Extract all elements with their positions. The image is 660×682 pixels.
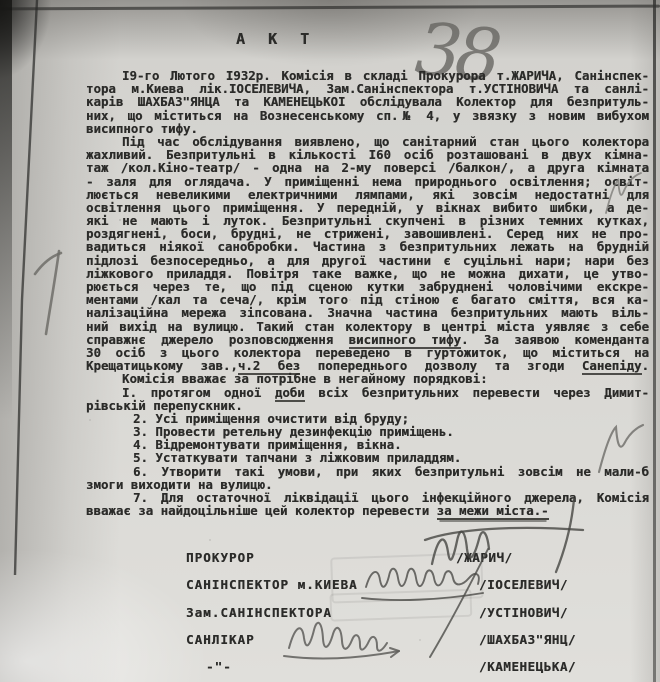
signature-row: -"-/КАМЕНЕЦЬКА/ (86, 653, 649, 680)
text-line: - заля для оглядача. У приміщенні нема п… (86, 175, 649, 188)
signature-name: /ШАХБАЗ"ЯНЦ/ (479, 626, 576, 653)
signature-row: САНІНСПЕКТОР м.КИЕВА/ІОСЕЛЕВИЧ/ (86, 571, 649, 598)
text-line: ний вихід на вулицю. Такий стан колектор… (86, 320, 649, 333)
text-line: вважає за найдоцільніше цей колектор пер… (86, 504, 649, 517)
text-line: люється невеликими електричними лямпами,… (86, 188, 649, 201)
binding-crease-line (15, 0, 37, 575)
text-line: Комісія вважає за потрібне в негайному п… (86, 372, 649, 385)
document-body: І9-го Лютого І932р. Комісія в складі Про… (86, 69, 649, 517)
text-line: налізаційна мережа зіпсована. Значна час… (86, 306, 649, 319)
text-line: карів ШАХБАЗ"ЯНЦА та КАМЕНЕЦЬКОІ обсліду… (86, 95, 649, 108)
signature-block: ПРОКУРОР/ЖАРИЧ/САНІНСПЕКТОР м.КИЕВА/ІОСЕ… (86, 544, 649, 680)
signature-row: Зам.САНІНСПЕКТОРА/УСТІНОВИЧ/ (86, 599, 649, 626)
signature-role-label: -"- (206, 653, 232, 680)
text-line: справжнє джерело розповсюдження висипног… (86, 333, 649, 346)
text-line: них, що міститься на Вознесенському сп.№… (86, 109, 649, 122)
margin-pencil-mark-left (35, 251, 61, 334)
page-right-edge (653, 0, 656, 682)
signature-row: САНЛІКАР/ШАХБАЗ"ЯНЦ/ (86, 626, 649, 653)
text-line: рівській перепускник. (86, 399, 649, 412)
signature-name: /КАМЕНЕЦЬКА/ (479, 653, 576, 680)
signature-role-label: САНЛІКАР (186, 626, 255, 653)
signature-name: /ІОСЕЛЕВИЧ/ (479, 571, 568, 598)
text-line: І. протягом одної доби всіх безпритульни… (86, 386, 649, 399)
signature-role-label: ПРОКУРОР (186, 544, 255, 571)
document-title: А К Т (236, 30, 316, 48)
binding-edge-left (0, 0, 12, 420)
text-line: 6. Утворити такі умови, при яких безприт… (86, 465, 649, 478)
signature-role-label: Зам.САНІНСПЕКТОРА (186, 599, 332, 626)
text-line: вадиться ніякої санобробки. Частина з бе… (86, 240, 649, 253)
signature-name: /ЖАРИЧ/ (456, 544, 513, 571)
page-top-edge (0, 5, 660, 11)
text-line: таж /кол.Кіно-театр/ - одна на 2-му пове… (86, 161, 649, 174)
text-line: підлозі безпосередньо, а для другої част… (86, 254, 649, 267)
signature-name: /УСТІНОВИЧ/ (479, 599, 568, 626)
signature-role-label: САНІНСПЕКТОР м.КИЕВА (186, 571, 358, 598)
text-line: висипного тифу. (86, 122, 649, 135)
text-line: 5. Устаткувати тапчани з ліжковим прилад… (86, 451, 649, 464)
signature-row: ПРОКУРОР/ЖАРИЧ/ (86, 544, 649, 571)
scanned-document-page: А К Т 38 І9-го Лютого І932р. Комісія в с… (0, 0, 660, 682)
